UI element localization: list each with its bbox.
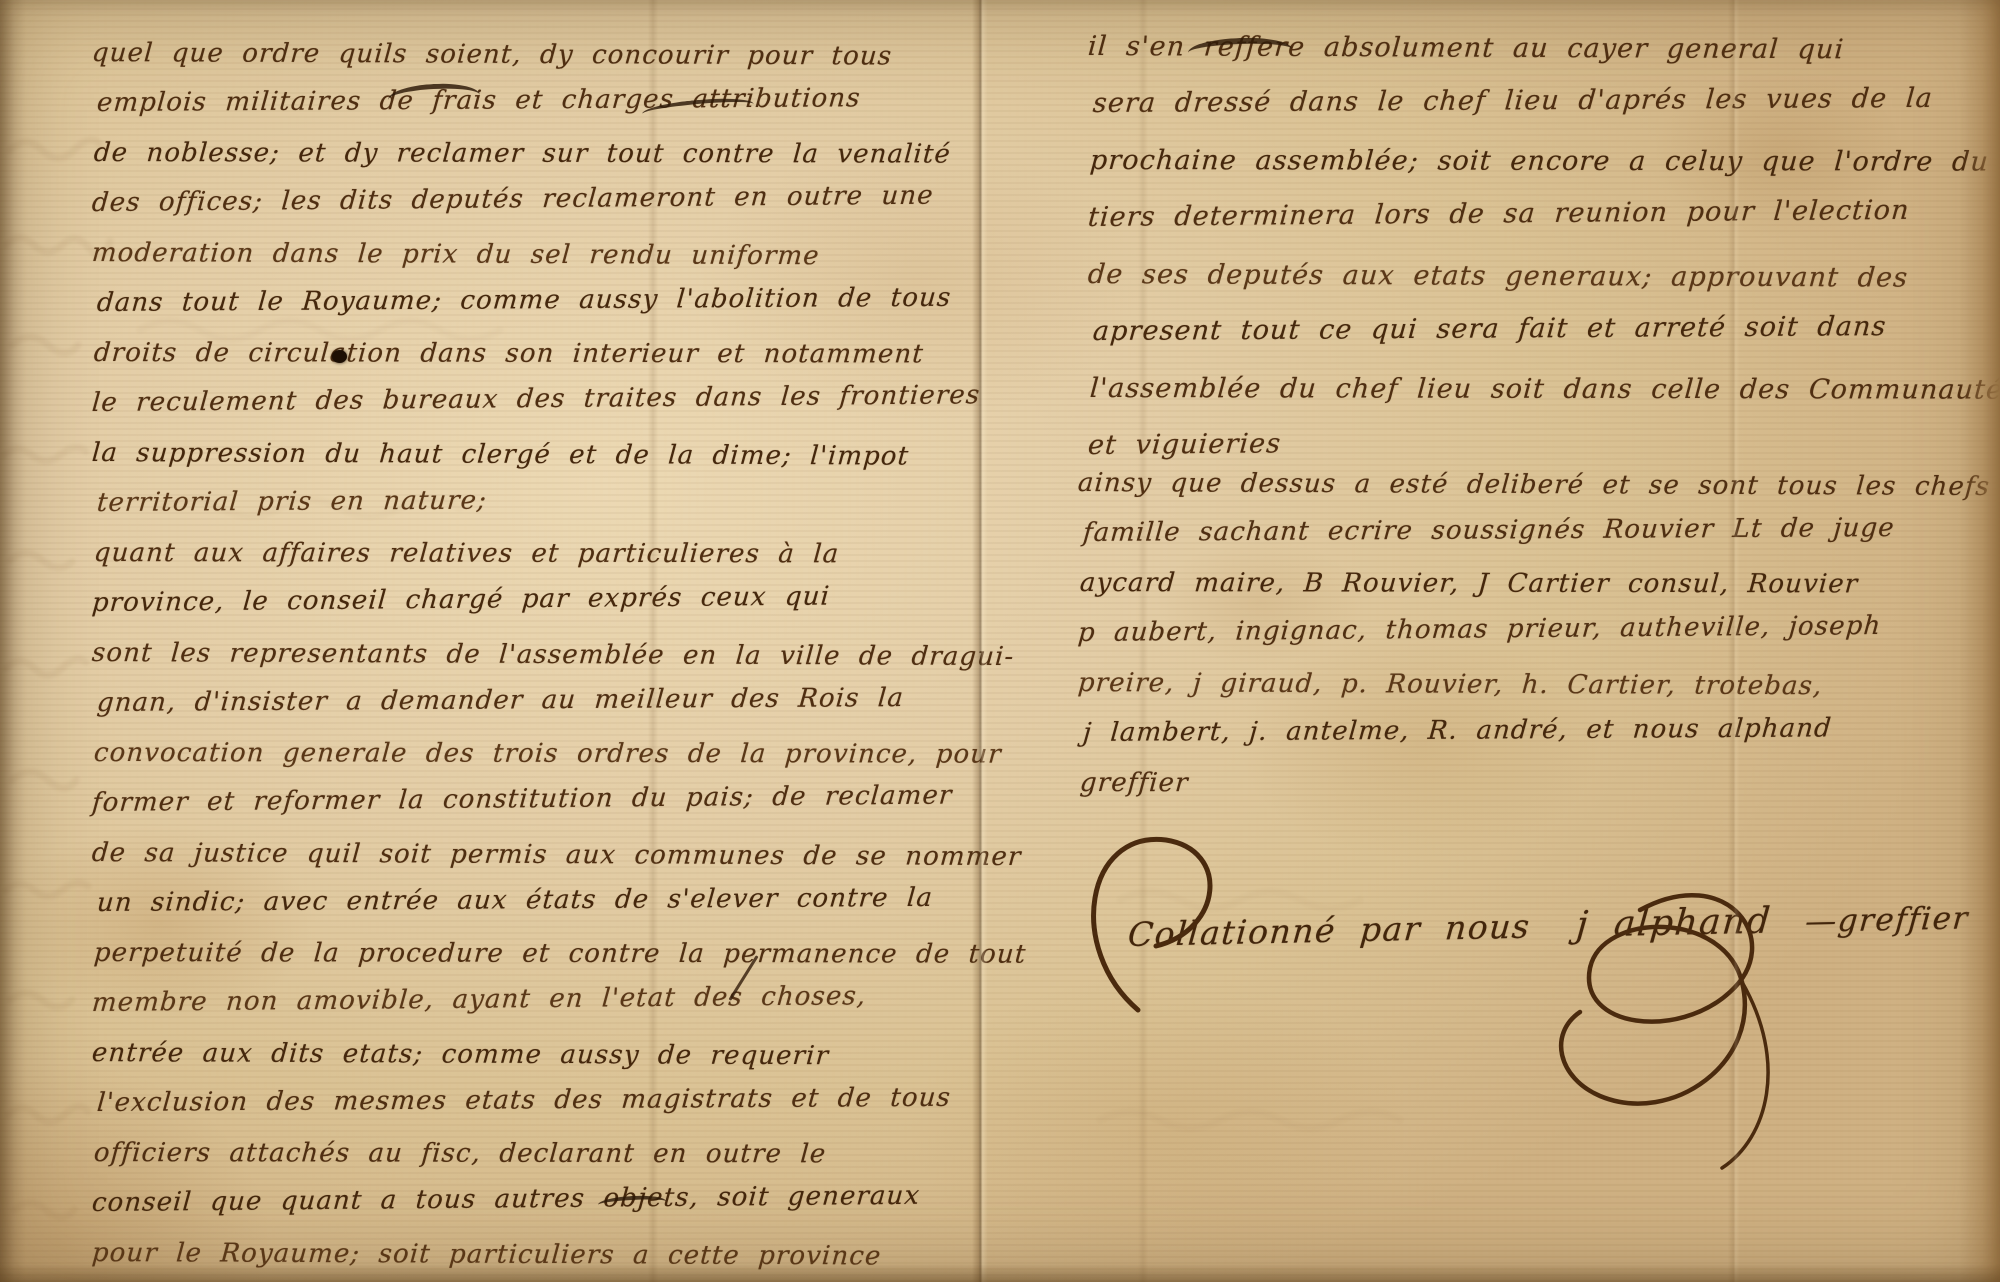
right-page-upper: il s'en reffere absolument au cayer gene…	[1088, 18, 1970, 474]
attestation-line: Collationné par nousj alphand—greffier	[1126, 896, 1989, 955]
manuscript-line: dans tout le Royaume; comme aussy l'abol…	[95, 272, 1004, 328]
manuscript-line: conseil que quant a tous autres objets, …	[90, 1170, 999, 1228]
manuscript-line: p aubert, ingignac, thomas prieur, authe…	[1076, 600, 1972, 658]
manuscript-line: l'exclusion des mesmes etats des magistr…	[95, 1072, 1004, 1128]
manuscript-line: sera dressé dans le chef lieu d'aprés le…	[1091, 70, 1978, 132]
left-page: quel que ordre quils soient, dy concouri…	[92, 28, 997, 1278]
manuscript-line: former et reformer la constitution du pa…	[90, 770, 999, 828]
manuscript-line: province, le conseil chargé par exprés c…	[90, 570, 999, 628]
paper-edge-left	[0, 0, 26, 1282]
clerk-title: —greffier	[1804, 900, 1971, 939]
signature-flourish	[1080, 800, 1980, 1220]
manuscript-line: membre non amovible, ayant en l'etat des…	[90, 970, 999, 1028]
manuscript-line: un sindic; avec entrée aux états de s'el…	[95, 872, 1004, 928]
manuscript-line: gnan, d'insister a demander au meilleur …	[95, 672, 1004, 728]
right-page-signatures: ainsy que dessus a esté deliberé et se s…	[1078, 458, 1970, 808]
manuscript-scan: quel que ordre quils soient, dy concouri…	[0, 0, 2000, 1282]
manuscript-line: territorial pris en nature;	[95, 472, 1004, 528]
manuscript-line: j lambert, j. antelme, R. andré, et nous…	[1081, 703, 1977, 758]
attestation-prefix: Collationné par nous	[1126, 907, 1532, 955]
manuscript-line: tiers determinera lors de sa reunion pou…	[1086, 181, 1972, 246]
manuscript-line: greffier	[1078, 758, 1974, 810]
manuscript-line: emplois militaires de frais et charges a…	[95, 72, 1004, 128]
manuscript-line: famille sachant ecrire soussignés Rouvie…	[1081, 503, 1977, 558]
manuscript-line: le reculement des bureaux des traites da…	[90, 370, 999, 428]
manuscript-line: des offices; les dits deputés reclameron…	[90, 170, 999, 228]
clerk-signature: j alphand	[1575, 900, 1773, 945]
manuscript-line: apresent tout ce qui sera fait et arreté…	[1091, 298, 1978, 360]
manuscript-line: pour le Royaume; soit particuliers a cet…	[90, 1228, 999, 1282]
